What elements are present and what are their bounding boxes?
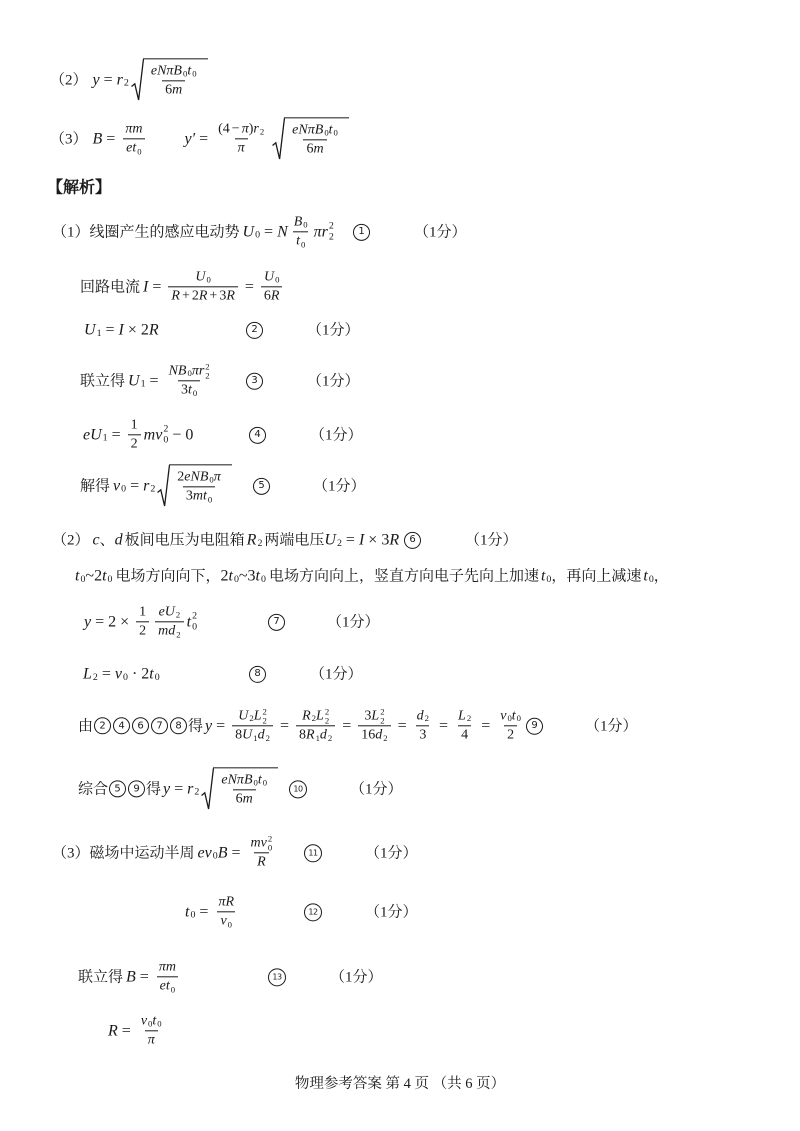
numerator: U0 [192,268,213,286]
variable-base: N [298,121,307,139]
eq-4: eU1=12mv20−04（1分） [83,416,193,453]
math-variable: N [277,222,288,241]
math-operator: − [232,120,240,138]
score-label: （1分） [310,665,363,683]
math-variable: m [251,834,261,852]
subscript: 0 [517,714,521,725]
math-variable: t0 [296,233,305,251]
variable-base: R [257,854,266,872]
numerator: R2L22 [299,707,332,725]
math-variable: L2 [83,664,98,683]
math-variable: R1 [306,727,320,745]
radicand: eNπB0t06m [143,58,208,101]
circled-number: 5 [109,780,126,797]
answer-2-formula: （2）y=r2eNπB0t06m [50,58,210,101]
math-variable: π [159,958,166,976]
math-variable: y [84,612,91,631]
math-variable: U1 [128,371,146,390]
text-run: （3） [50,130,88,148]
math-variable: L22 [254,707,267,725]
denominator: md2 [155,622,183,641]
math-variable: N [191,468,200,486]
denominator: π [145,1031,158,1050]
variable-base: U [84,320,96,339]
sup-sub-stack: 22 [380,707,384,725]
denominator: 4 [458,726,471,745]
text-run: 解得 [80,477,110,495]
math-variable: R [171,288,180,306]
variable-base: L [316,707,324,725]
denominator: et0 [123,138,144,157]
score-label: （1分） [414,223,467,241]
numerator: U2L22 [235,707,270,725]
denominator: 6m [303,139,326,158]
variable-base: m [166,958,176,976]
math-number: 8 [299,727,306,745]
math-variable: v0 [220,913,232,931]
math-operator: = [95,612,104,631]
subscript: 0 [190,909,195,921]
math-variable: t0 [152,1012,161,1030]
variable-base: U [264,268,274,286]
variable-base: N [228,771,237,789]
variable-base: m [158,623,168,641]
score-label: （1分） [307,321,360,339]
math-variable: π [242,120,249,138]
circled-number: 7 [151,718,168,735]
math-operator: = [112,425,121,444]
math-variable: B0 [244,771,258,789]
subscript: 2 [249,714,253,725]
math-variable: t20 [187,612,197,633]
score-label: （1分） [350,780,403,798]
math-variable: t0 [75,566,85,585]
math-operator: = [342,716,351,735]
fraction: mv20R [248,834,276,871]
math-variable: r2 [143,476,155,495]
score-label: （1分） [327,613,380,631]
variable-base: I [359,530,364,549]
math-number: 2 [108,612,116,631]
math-variable: t0 [228,566,238,585]
square-root: eNπB0t06m [272,117,349,160]
text-run: （2） [50,71,88,89]
math-variable: N [298,121,307,139]
denominator: π [235,138,248,157]
subscript: 2 [176,629,180,640]
variable-base: U [128,371,140,390]
subscript: 1 [141,378,146,390]
sup-sub-stack: 22 [205,362,209,380]
subscript: 0 [137,146,141,157]
variable-base: r [187,779,193,798]
math-number: 6 [306,140,313,158]
subscript: 0 [254,778,258,789]
numerator: (4−π)r2 [215,120,267,138]
eq-13: 联立得B=πmet013（1分） [78,958,182,995]
math-variable: R [226,288,235,306]
math-number: 6 [264,288,271,306]
variable-base: t [187,612,191,631]
analysis-heading: 【解析】 [47,178,111,197]
variable-base: r [322,222,328,241]
subscript: 0 [157,1019,161,1030]
score-label: （1分） [365,844,418,862]
subscript: 0 [234,573,239,585]
math-variable: t0 [512,707,521,725]
math-variable: R [271,288,280,306]
variable-base: r [253,120,258,138]
math-variable: m [243,790,253,808]
footer-text: 物理参考答案 第 4 页 （共 6 页） [295,1076,505,1092]
math-variable: B0 [294,213,308,231]
variable-base: y [93,70,100,89]
variable-base: t [296,233,300,251]
math-operator: = [106,129,115,148]
variable-base: R [199,288,208,306]
math-operator: = [280,716,289,735]
variable-base: y [163,779,170,798]
fraction: B0t0 [291,213,311,250]
variable-base: N [191,468,200,486]
variable-base: R [108,1021,118,1040]
subscript: 1 [253,733,257,744]
subscript: 0 [261,573,266,585]
subscript: 1 [97,327,102,339]
math-variable: U2 [165,603,180,621]
math-variable: π [308,121,315,139]
variable-base: B [244,771,253,789]
math-number: 2 [131,436,138,454]
math-variable: d2 [375,727,387,745]
variable-base: t [228,566,232,585]
variable-base: π [238,139,245,157]
math-variable: m [132,120,142,138]
denominator: 2 [136,622,149,641]
denominator: 8U1d2 [232,726,273,745]
math-variable: t0 [149,664,159,683]
variable-base: R [226,288,235,306]
fraction: 2eNB0π3mt0 [174,468,223,505]
math-variable: e [83,425,90,444]
math-number: 2 [192,288,199,306]
math-variable: v0 [500,707,512,725]
math-variable: d2 [320,727,332,745]
subscript: 2 [205,371,209,380]
math-number: 2 [177,468,184,486]
math-variable: r2 [253,120,264,138]
fraction: d23 [414,707,432,744]
variable-base: U [195,268,205,286]
math-variable: L22 [371,707,384,725]
variable-base: R [247,530,257,549]
subscript: 0 [334,128,338,139]
math-operator: = [174,779,183,798]
variable-base: B [126,967,136,986]
variable-base: π [237,771,244,789]
variable-base: B [200,468,209,486]
variable-base: U [243,222,255,241]
math-variable: L22 [316,707,329,725]
variable-base: t [75,566,79,585]
math-operator: = [199,902,208,921]
step-2-voltage: （2）c、d板间电压为电阻箱R2两端电压U2=I×3R6（1分） [52,530,399,549]
math-variable: U0 [195,268,210,286]
math-operator: − [172,425,181,444]
math-number: 1 [131,416,138,434]
answer-3-formula: （3）B=πmet0y′=(4−π)r2πeNπB0t06m [50,117,351,160]
math-variable: B [93,129,103,148]
subscript: 2 [150,483,155,495]
radius-formula: R=v0t0π [108,1012,168,1049]
variable-base: U [90,425,102,444]
math-number: ~ [85,566,94,585]
math-operator: = [199,129,208,148]
math-operator: = [130,476,139,495]
math-operator: = [104,70,113,89]
denominator: 6R [261,287,283,306]
math-operator: = [264,222,273,241]
variable-base: t [203,487,207,505]
fraction: NB0πr223t0 [166,362,213,399]
numerator: mv20 [248,834,276,852]
subscript: 0 [208,494,212,505]
subscript: 2 [325,716,329,725]
math-operator: = [152,277,161,296]
variable-base: B [294,213,303,231]
text-run: 联立得 [80,372,125,390]
denominator: 8R1d2 [296,726,335,745]
circled-number: 12 [304,903,322,921]
math-variable: r2 [117,70,129,89]
variable-base: t [185,902,189,921]
math-number: 8 [235,727,242,745]
sup-sub-stack: 20 [192,612,197,633]
variable-base: π [148,1032,155,1050]
math-operator: = [216,716,225,735]
math-variable: e [198,843,205,862]
subscript: 0 [207,275,211,286]
subscript: 0 [649,573,654,585]
denominator: et0 [157,977,178,996]
subscript: 0 [121,483,126,495]
math-number: 4 [461,727,468,745]
denominator: 3t0 [178,381,200,400]
subscript: 2 [425,714,429,725]
fraction: U0R+2R+3R [168,268,238,305]
math-variable: m [166,958,176,976]
score-label: （1分） [330,968,383,986]
variable-base: d [375,727,382,745]
variable-base: d [258,727,265,745]
math-operator: = [245,277,254,296]
variable-base: L [458,707,466,725]
math-operator: = [398,716,407,735]
circled-number: 11 [304,844,322,862]
subscript: 2 [266,733,270,744]
variable-base: t [512,707,516,725]
fraction: L24 [455,707,474,744]
math-number: 6 [165,81,172,99]
sup-sub-stack: 20 [163,425,168,446]
text-run: 【解析】 [47,178,111,197]
math-operator: = [346,530,355,549]
math-variable: r2 [187,779,199,798]
variable-base: U [242,727,252,745]
variable-base: v [205,843,212,862]
sup-sub-stack: 22 [329,222,334,243]
variable-base: m [172,81,182,99]
eq-12: t0=πRv012（1分） [185,893,240,930]
denominator: 6m [162,80,185,99]
subscript: 0 [108,573,113,585]
math-variable: m [144,425,156,444]
subscript: 0 [148,1019,152,1030]
subscript: 0 [303,220,307,231]
math-variable: R [257,854,266,872]
math-number: 0 [185,425,193,444]
text-run: 由 [78,717,93,735]
subscript: 2 [383,733,387,744]
eq-9-combined: 由24678得y=U2L228U1d2=R2L228R1d2=3L2216d2=… [78,707,527,744]
subscript: 2 [380,716,384,725]
math-variable: y′ [184,129,195,148]
fraction: eNπB0t06m [218,771,270,808]
subscript: 0 [213,850,218,862]
variable-base: L [254,707,262,725]
text-run: 得 [146,780,161,798]
variable-base: π [308,121,315,139]
math-variable: π [214,468,221,486]
math-number: 16 [361,727,375,745]
math-variable: L2 [458,707,471,725]
variable-base: N [277,222,288,241]
subscript: 2 [329,232,334,242]
math-variable: v0 [113,476,126,495]
text-run: ， [654,567,669,585]
variable-base: U [165,603,175,621]
square-root: 2eNB0π3mt0 [157,464,231,507]
text-run: （3）磁场中运动半周 [52,844,195,862]
fraction: πRv0 [215,893,237,930]
math-variable: R [225,893,234,911]
numerator: NB0πr22 [166,362,213,380]
variable-base: R [389,530,399,549]
math-operator: = [439,716,448,735]
subscript: 0 [324,128,328,139]
math-variable: m [172,81,182,99]
eq-2: U1=I×2R2（1分） [84,320,159,339]
variable-base: t [132,139,136,157]
fraction: U06R [261,268,283,305]
math-number: 3 [181,382,188,400]
denominator: t0 [293,232,308,251]
fraction: 12 [136,603,149,640]
numerator: L2 [455,707,474,725]
circled-number: 9 [128,780,145,797]
fraction: eNπB0t06m [289,121,341,158]
variable-base: e [198,843,205,862]
square-root: eNπB0t06m [201,767,278,810]
math-variable: N [169,362,178,380]
subscript: 0 [193,388,197,399]
subscript: 2 [467,714,471,725]
math-variable: I [119,320,124,339]
circled-number: 8 [249,666,266,683]
math-variable: B0 [173,62,187,80]
math-number: (4 [218,120,230,138]
math-variable: B0 [178,362,192,380]
variable-base: π [314,222,322,241]
variable-base: m [144,425,156,444]
math-variable: N [157,62,166,80]
subscript: 0 [255,229,260,241]
math-variable: t0 [256,566,266,585]
circled-number: 4 [249,427,266,444]
circled-number: 9 [526,718,543,735]
sup-sub-stack: 22 [263,707,267,725]
subscript: 0 [209,475,213,486]
score-label: （1分） [365,903,418,921]
math-variable: U0 [243,222,261,241]
variable-base: m [243,790,253,808]
variable-base: t [256,566,260,585]
math-variable: U2 [238,707,253,725]
score-label: （1分） [465,531,518,549]
circled-number: 6 [404,532,421,549]
math-operator: = [102,664,111,683]
math-variable: R [149,320,159,339]
variable-base: v [155,425,162,444]
subscript: 0 [275,275,279,286]
variable-base: I [119,320,124,339]
text-run: 综合 [78,780,108,798]
math-variable: v0 [205,843,218,862]
variable-base: N [157,62,166,80]
variable-base: B [173,62,182,80]
variable-base: B [218,843,228,862]
subscript: 0 [183,69,187,80]
fraction: 3L2216d2 [358,707,390,744]
variable-base: t [166,978,170,996]
math-operator: · [132,664,137,683]
math-variable: π [237,771,244,789]
variable-base: π [214,468,221,486]
denominator: 6m [233,789,256,808]
numerator: 1 [136,603,149,621]
variable-base: t [643,566,647,585]
variable-base: d [168,623,175,641]
denominator: v0 [217,912,235,931]
variable-base: L [371,707,379,725]
variable-base: r [117,70,123,89]
math-variable: t0 [541,566,551,585]
subscript: 0 [155,671,160,683]
score-label: （1分） [585,717,638,735]
variable-base: m [251,834,261,852]
math-variable: U1 [84,320,102,339]
subscript: 2 [337,537,342,549]
subscript: 0 [171,984,175,995]
circled-number: 13 [268,968,286,986]
variable-base: t [187,62,191,80]
math-variable: I [143,277,148,296]
radicand: eNπB0t06m [213,767,278,810]
loop-current: 回路电流I=U0R+2R+3R=U06R [80,268,285,305]
variable-base: m [193,487,203,505]
circled-number: 6 [132,718,149,735]
step-3-magnetic: （3）磁场中运动半周ev0B=mv20R11（1分） [52,834,278,871]
